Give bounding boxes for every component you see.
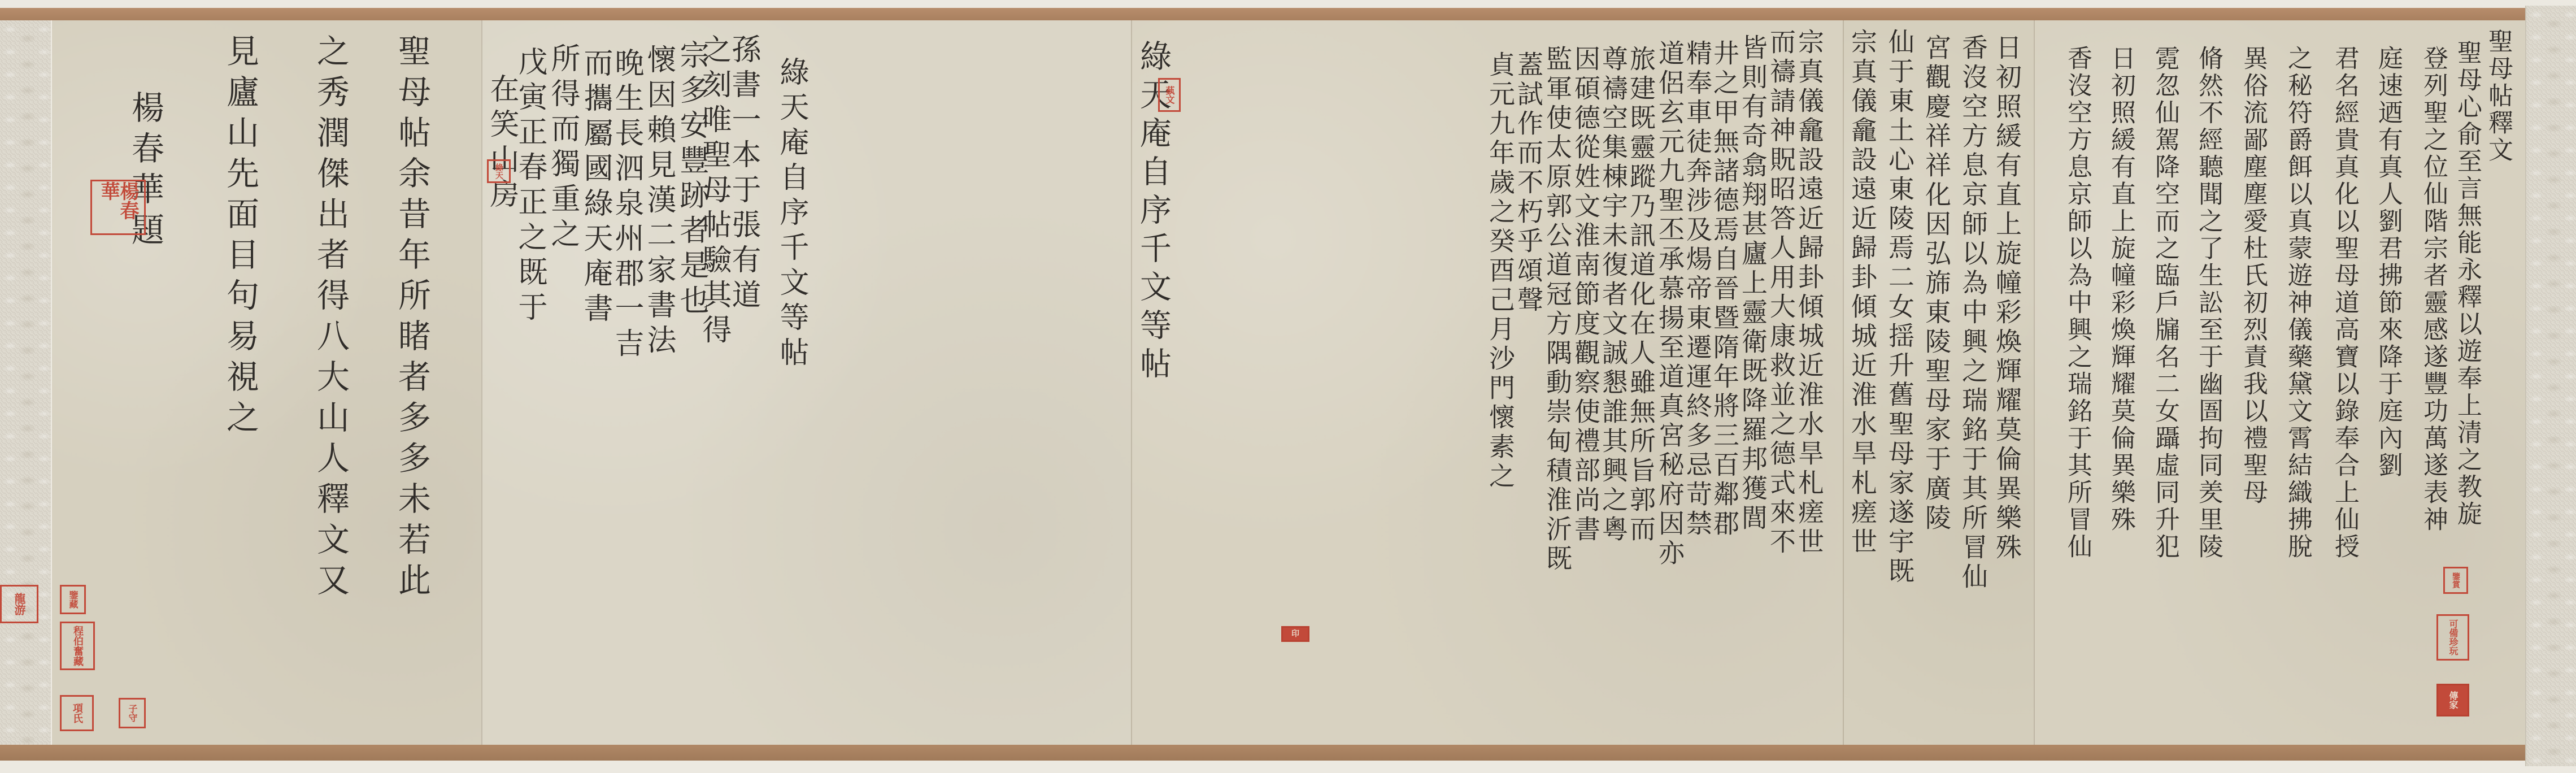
transcription-column: 宗真儀龕設遠近歸卦傾城近淮水旱札瘥世: [1850, 28, 1876, 557]
transcription-column: 宮觀慶祥祥化因弘旆東陵聖母家于廣陵: [1924, 34, 1950, 533]
transcription-column: 井之甲無諸德焉自晉暨隋年將三百鄰郡: [1712, 40, 1738, 539]
silk-mount-right: [2525, 6, 2576, 766]
transcription-column: 脩然不經聽聞之了生訟至于幽圄拘同羑里陵: [2196, 45, 2221, 561]
transcription-column: 皆則有奇翕翔甚廬上靈衛既降羅邦獲閭: [1740, 34, 1766, 533]
colophon-column: 懷因賴見漢二家書法: [644, 44, 673, 359]
transcription-column: 而禱請神貺昭答人用大康救並之德式來不: [1768, 28, 1794, 557]
paper-seam: [481, 20, 482, 745]
colophon-column: 戊寅正春正之既于: [515, 46, 545, 327]
transcription-column: 日初照緩有直上旋幢彩煥輝耀莫倫異樂殊: [1994, 34, 2020, 563]
colophon-column: 宗多安豐跡者是也: [677, 40, 706, 320]
transcription-column: 旅建既靈蹤乃訊道化在人雖無所旨郭而: [1628, 45, 1654, 545]
right-seal-1: 鑒賞: [2443, 567, 2468, 594]
mount-bottom-edge: [0, 745, 2525, 761]
colophon-column: 見廬山先面目句易視之: [224, 34, 256, 441]
transcription-column: 精奉車徒奔涉及煬帝東遷運終多忌苛禁: [1685, 40, 1711, 539]
colophon-column: 晚生長泗泉州郡一吉: [612, 47, 641, 363]
transcription-column: 庭速迺有真人劉君拂節來降于庭內劉: [2375, 45, 2400, 479]
colophon-column: 孫書一本于張有道: [729, 34, 758, 314]
yimu-seal: 蓺文: [1158, 78, 1181, 112]
transcription-column: 貞元九年歲之癸酉己月沙門懷素之: [1487, 51, 1513, 492]
transcription-column: 香沒空方息京師以為中興之瑞銘于其所冒仙: [1960, 34, 1986, 592]
colophon-column: 聖母帖余昔年所睹者多多未若此: [395, 34, 428, 603]
transcription-column: 因碩德從姓文淮南節度觀察使禮部尚書: [1573, 45, 1599, 545]
transcription-heading-column: 聖母帖釋文: [2486, 28, 2510, 164]
collector-seal-left-silk: 龍游: [0, 585, 38, 623]
paper-seam: [1843, 20, 1844, 745]
transcription-column: 監軍使太原郭公道冠方隅動崇甸積淮沂既: [1544, 45, 1570, 574]
transcription-column: 君名經貴真化以聖母道高寶以錄奉合上仙授: [2332, 45, 2357, 561]
transcription-column: 聖母心俞至言無能永釋以遊奉上清之教旋: [2455, 40, 2479, 528]
mount-top-edge: [0, 8, 2525, 20]
right-seal-2: 可備珍玩: [2436, 614, 2469, 661]
colophon-signature: 在笑山房: [487, 73, 516, 214]
collector-seal-1: 鑒藏: [60, 585, 86, 614]
paper-seam: [1131, 20, 1132, 745]
transcription-column: 霓忽仙駕降空而之臨戶牖名二女躡虛同升犯: [2152, 45, 2177, 561]
paper-seam: [2034, 20, 2035, 745]
colophon-column: 綠天庵自序千文等帖: [777, 57, 806, 372]
transcription-column: 異俗流鄙塵塵愛杜氏初烈責我以禮聖母: [2240, 45, 2265, 506]
collector-seal-2: 程伯奮藏: [60, 622, 95, 670]
collector-seal-3: 項氏: [60, 695, 94, 731]
colophon-column: 之秀潤傑出者得八大山人釋文又: [314, 34, 347, 603]
transcription-column: 香沒空方息京師以為中興之瑞銘于其所冒仙: [2065, 45, 2090, 561]
top-background-strip: [0, 0, 2576, 8]
right-seal-3: 傳家: [2436, 684, 2469, 716]
colophon-column: 所得而獨重之: [548, 43, 577, 253]
transcription-column: 之秘符爵餌以真蒙遊神儀藥黛文霄結織拂脫: [2285, 45, 2310, 561]
handscroll: 聖母帖余昔年所睹者多多未若此 之秀潤傑出者得八大山人釋文又 見廬山先面目句易視之…: [0, 0, 2576, 773]
colophon-column: 而攜屬國綠天庵書: [581, 47, 610, 328]
collector-seal-4: 子守: [119, 698, 146, 728]
transcription-column: 道侶玄元九聖丕承慕揚至道真宮秘府因亦: [1657, 40, 1683, 568]
transcription-column: 尊禱空集棟宇未復者文誠懇誰其興之粵: [1600, 45, 1626, 545]
small-seal: 印: [1281, 626, 1309, 642]
transcription-column: 登列聖之位仙階宗者靈感遂豐功萬遂表神: [2421, 45, 2446, 533]
transcription-column: 蓋試作而不朽乎頌聲: [1516, 51, 1542, 315]
transcription-column: 日初照緩有直上旋幢彩煥輝耀莫倫異樂殊: [2108, 45, 2133, 533]
transcription-column: 仙于東土心東陵焉二女揺升舊聖母家遂宇既: [1887, 28, 1913, 587]
bottom-background-strip: [0, 761, 2576, 773]
yang-chunhua-seal: 楊春華: [90, 180, 146, 235]
transcription-column: 宗真儀龕設遠近歸卦傾城近淮水旱札瘥世: [1796, 28, 1822, 557]
lutian-seal: 綠天: [487, 159, 511, 183]
silk-mount-left: [0, 20, 51, 745]
